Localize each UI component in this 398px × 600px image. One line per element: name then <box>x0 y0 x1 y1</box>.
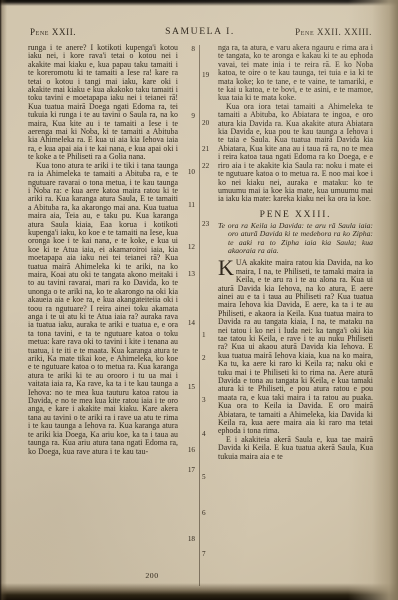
verse-text: UA akakite maira ratou kia Davida, na ko… <box>218 258 373 435</box>
verse-number: 8 <box>191 45 195 53</box>
verse-number: 16 <box>188 446 195 454</box>
page-number: 200 <box>116 571 188 580</box>
verse-paragraph: runga i te anere? I kotikoti kupenga'i k… <box>28 44 178 162</box>
verse-number: 4 <box>202 430 206 438</box>
running-head-chapter-right: Pene XXII. XXIII. <box>295 27 372 37</box>
verse-number: 13 <box>188 270 195 278</box>
bible-page: Pene XXII. SAMUELA I. Pene XXII. XXIII. … <box>0 0 398 600</box>
verse-number: 18 <box>188 535 195 543</box>
verse-numbers-right: 19202122231234567 <box>202 0 217 600</box>
column-divider-rule <box>199 45 200 586</box>
verse-paragraph: Kua ora iora tetai tamaiti a Ahimeleka t… <box>218 103 373 204</box>
verse-number: 5 <box>202 473 206 481</box>
verse-number: 9 <box>191 112 195 120</box>
verse-number: 10 <box>188 168 195 176</box>
drop-cap-letter: K <box>218 259 236 277</box>
verse-number: 21 <box>202 145 209 153</box>
verse-number: 22 <box>202 162 209 170</box>
verse-number: 3 <box>202 396 206 404</box>
running-header: Pene XXII. SAMUELA I. Pene XXII. XXIII. <box>28 27 372 39</box>
verse-number: 15 <box>188 383 195 391</box>
book-page-photo: Pene XXII. SAMUELA I. Pene XXII. XXIII. … <box>0 0 398 600</box>
verse-number: 1 <box>202 331 206 339</box>
verse-number: 17 <box>188 466 195 474</box>
verse-number: 19 <box>202 71 209 79</box>
verse-number: 11 <box>188 201 195 209</box>
chapter-summary: Te ora ra Keila ia Davida: te aru rā Sau… <box>218 222 373 255</box>
verse-paragraph: KUA akakite maira ratou kia Davida, na k… <box>218 259 373 436</box>
verse-number: 6 <box>202 509 206 517</box>
verse-number: 14 <box>188 319 195 327</box>
chapter-heading: PENE XXIII. <box>218 211 373 219</box>
text-column-right: nga ra, ta atura, e varu akera ngauru e … <box>218 44 373 461</box>
verse-number: 20 <box>202 119 209 127</box>
verse-number: 7 <box>202 550 206 558</box>
verse-paragraph: Kua tono atura te ariki i te tiki i tana… <box>28 162 178 456</box>
verse-paragraph: E i akakiteia akerā Saula e, kua tae mai… <box>218 436 373 461</box>
verse-number: 12 <box>188 243 195 251</box>
verse-number: 23 <box>202 220 209 228</box>
verse-paragraph: nga ra, ta atura, e varu akera ngauru e … <box>218 44 373 103</box>
verse-number: 2 <box>202 354 206 362</box>
text-column-left: runga i te anere? I kotikoti kupenga'i k… <box>28 44 178 456</box>
verse-numbers-left: 89101112131415161718 <box>177 0 195 600</box>
